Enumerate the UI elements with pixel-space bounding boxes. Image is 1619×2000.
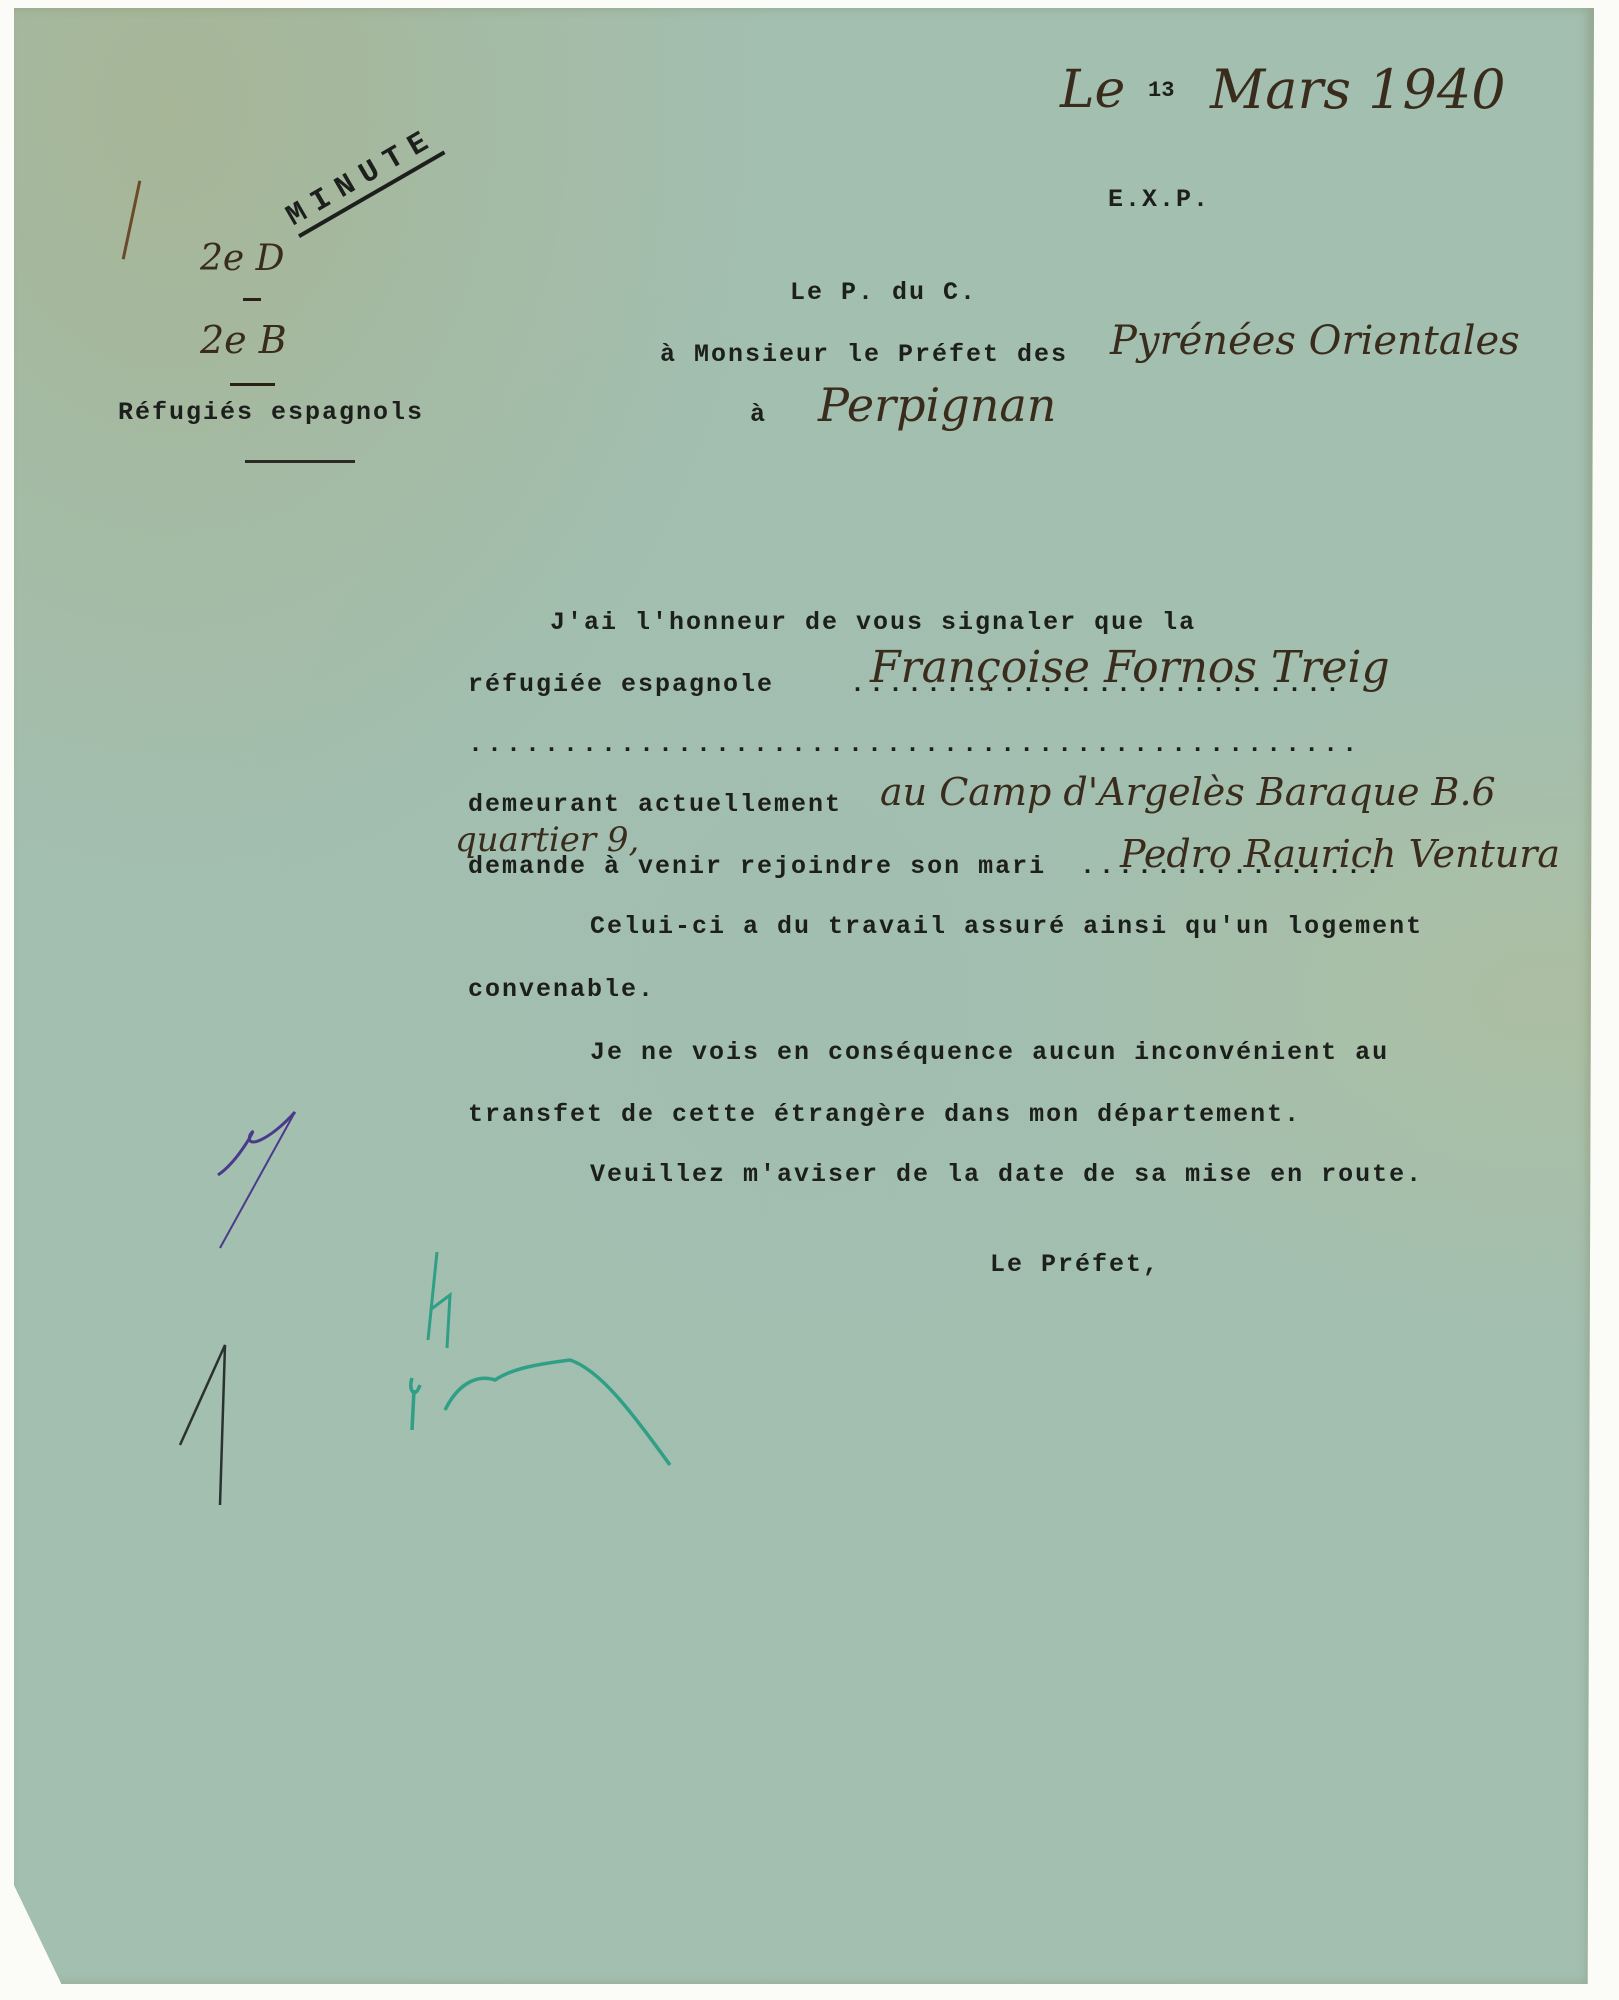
body-line-3-label: demeurant actuellement bbox=[468, 790, 842, 819]
reference-code: E.X.P. bbox=[1108, 185, 1210, 214]
signature-title: Le Préfet, bbox=[990, 1250, 1160, 1279]
recipient-prefix: à Monsieur le Préfet des bbox=[660, 340, 1068, 369]
refugee-name: Françoise Fornos Treig bbox=[870, 642, 1390, 693]
recipient-department: Pyrénées Orientales bbox=[1110, 318, 1520, 364]
date-day: 13 bbox=[1148, 78, 1174, 103]
handwritten-marks bbox=[150, 1080, 950, 1650]
subject-underline bbox=[245, 460, 355, 463]
city-prefix: à bbox=[750, 400, 767, 429]
body-line-1: J'ai l'honneur de vous signaler que la bbox=[550, 608, 1196, 637]
green-signature-icon bbox=[411, 1360, 670, 1465]
recipient-city: Perpignan bbox=[818, 378, 1056, 432]
para2-line-1: Celui-ci a du travail assuré ainsi qu'un… bbox=[590, 912, 1423, 941]
bureau-note-2: 2e B bbox=[200, 318, 287, 362]
sender: Le P. du C. bbox=[790, 278, 977, 307]
residence: au Camp d'Argelès Baraque B.6 bbox=[880, 770, 1496, 814]
dash-mark bbox=[243, 298, 261, 301]
husband-name: Pedro Raurich Ventura bbox=[1120, 832, 1560, 876]
subject-label: Réfugiés espagnols bbox=[118, 398, 424, 427]
date-month-year: Mars 1940 bbox=[1210, 58, 1506, 121]
bureau-note-1: 2e D bbox=[200, 238, 285, 279]
underline-mark bbox=[230, 383, 275, 386]
dotted-line: ........................................… bbox=[468, 730, 1361, 759]
body-line-2-label: réfugiée espagnole bbox=[468, 670, 774, 699]
para2-line-2: convenable. bbox=[468, 975, 655, 1004]
body-line-4-label: demande à venir rejoindre son mari bbox=[468, 852, 1046, 881]
green-initial-top-icon bbox=[428, 1252, 450, 1348]
para3-line-1: Je ne vois en conséquence aucun inconvén… bbox=[590, 1038, 1389, 1067]
date-prefix: Le bbox=[1060, 60, 1125, 120]
purple-initial-icon bbox=[218, 1112, 295, 1175]
black-initial-icon bbox=[180, 1345, 225, 1505]
